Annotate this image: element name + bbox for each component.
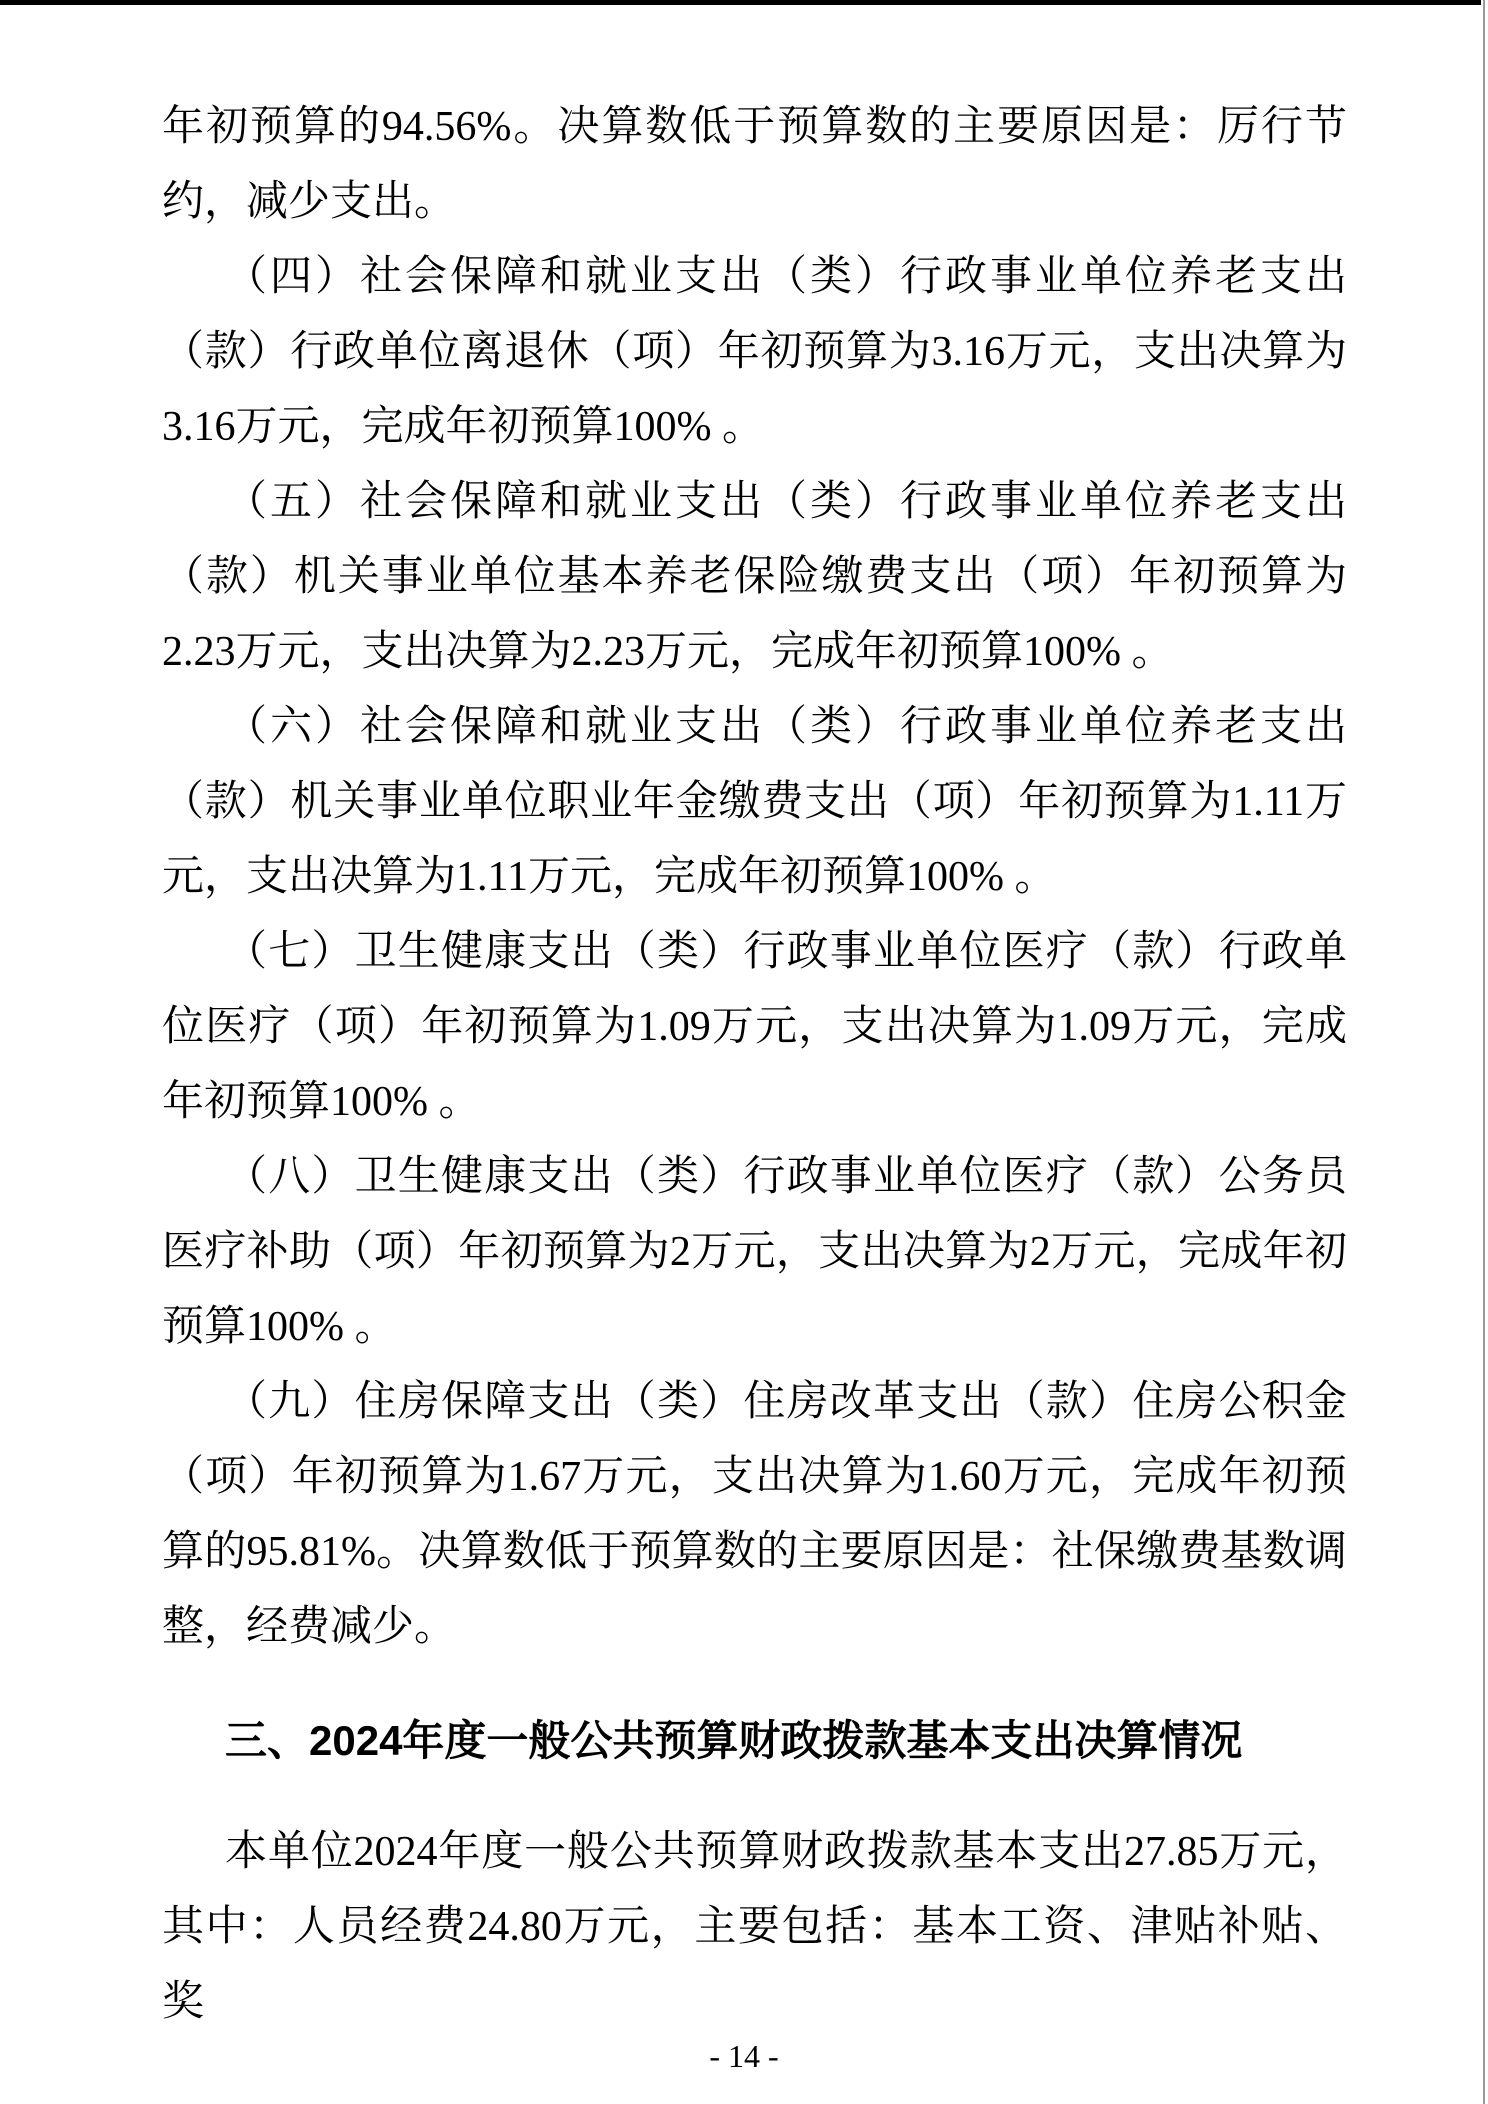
text-line: 元，支出决算为1.11万元，完成年初预算100% 。 [162,840,1347,915]
text-line: 整，经费减少。 [162,1590,1347,1665]
text-line: 年初预算的94.56%。决算数低于预算数的主要原因是：厉行节 [162,90,1347,165]
text-line: （八）卫生健康支出（类）行政事业单位医疗（款）公务员 [162,1140,1347,1215]
page-footer: - 14 - [0,2038,1488,2075]
text-line: （款）机关事业单位基本养老保险缴费支出（项）年初预算为 [162,540,1347,615]
text-line: （九）住房保障支出（类）住房改革支出（款）住房公积金 [162,1365,1347,1440]
text-line: 预算100% 。 [162,1290,1347,1365]
document-text: 年初预算的94.56%。决算数低于预算数的主要原因是：厉行节约，减少支出。（四）… [162,90,1347,1965]
text-line: （五）社会保障和就业支出（类）行政事业单位养老支出 [162,465,1347,540]
page: { "page": { "background": "#ffffff", "to… [0,0,1488,2104]
text-line: 位医疗（项）年初预算为1.09万元，支出决算为1.09万元，完成 [162,990,1347,1065]
right-edge-line [1483,0,1485,2104]
text-line: （七）卫生健康支出（类）行政事业单位医疗（款）行政单 [162,915,1347,990]
text-line: （四）社会保障和就业支出（类）行政事业单位养老支出 [162,240,1347,315]
text-line: 3.16万元，完成年初预算100% 。 [162,390,1347,465]
page-number: - 14 - [709,2038,778,2074]
text-line: （项）年初预算为1.67万元，支出决算为1.60万元，完成年初预 [162,1440,1347,1515]
text-line: 约，减少支出。 [162,165,1347,240]
text-line: （款）机关事业单位职业年金缴费支出（项）年初预算为1.11万 [162,765,1347,840]
text-line: 本单位2024年度一般公共预算财政拨款基本支出27.85万元， [162,1815,1347,1890]
text-line: 年初预算100% 。 [162,1065,1347,1140]
text-line: 算的95.81%。决算数低于预算数的主要原因是：社保缴费基数调 [162,1515,1347,1590]
section-heading: 三、2024年度一般公共预算财政拨款基本支出决算情况 [162,1703,1347,1778]
text-line: 医疗补助（项）年初预算为2万元，支出决算为2万元，完成年初 [162,1215,1347,1290]
text-line: （六）社会保障和就业支出（类）行政事业单位养老支出 [162,690,1347,765]
text-line: （款）行政单位离退休（项）年初预算为3.16万元，支出决算为 [162,315,1347,390]
top-border-bar [0,0,1481,5]
text-line: 2.23万元，支出决算为2.23万元，完成年初预算100% 。 [162,615,1347,690]
text-line: 其中：人员经费24.80万元，主要包括：基本工资、津贴补贴、奖 [162,1890,1347,1965]
